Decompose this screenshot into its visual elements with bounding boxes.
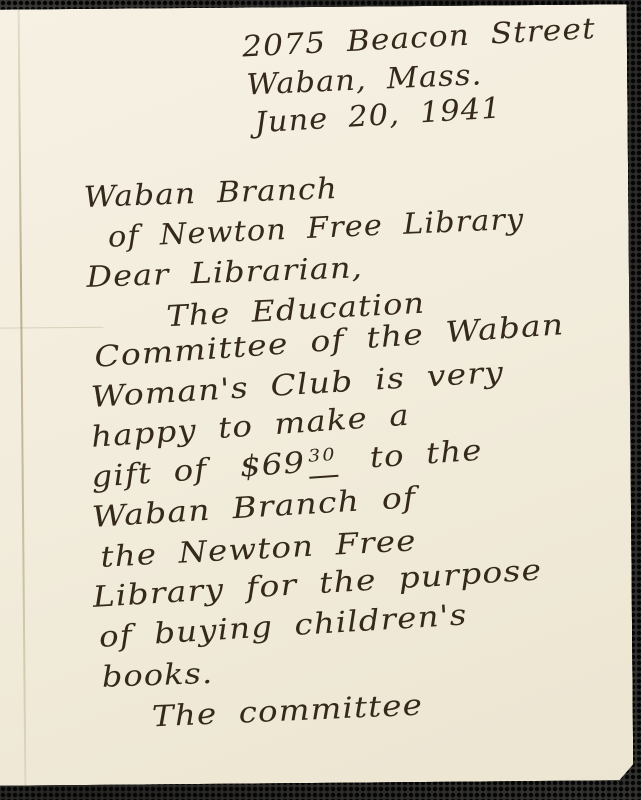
fold-crease [18, 9, 27, 785]
gift-amount-dollars: $69 [239, 445, 307, 483]
letter-heading: 2075 Beacon Street Waban, Mass. June 20,… [231, 25, 572, 142]
letter-paper: 2075 Beacon Street Waban, Mass. June 20,… [0, 4, 633, 786]
perforated-board-background: 2075 Beacon Street Waban, Mass. June 20,… [0, 0, 641, 800]
letter-body: Waban Branch of Newton Free Library Dear… [74, 173, 512, 737]
gift-amount-cents: 30 [307, 435, 339, 479]
gift-amount-prefix: gift of [90, 452, 208, 494]
gift-amount-suffix: to the [369, 433, 484, 475]
